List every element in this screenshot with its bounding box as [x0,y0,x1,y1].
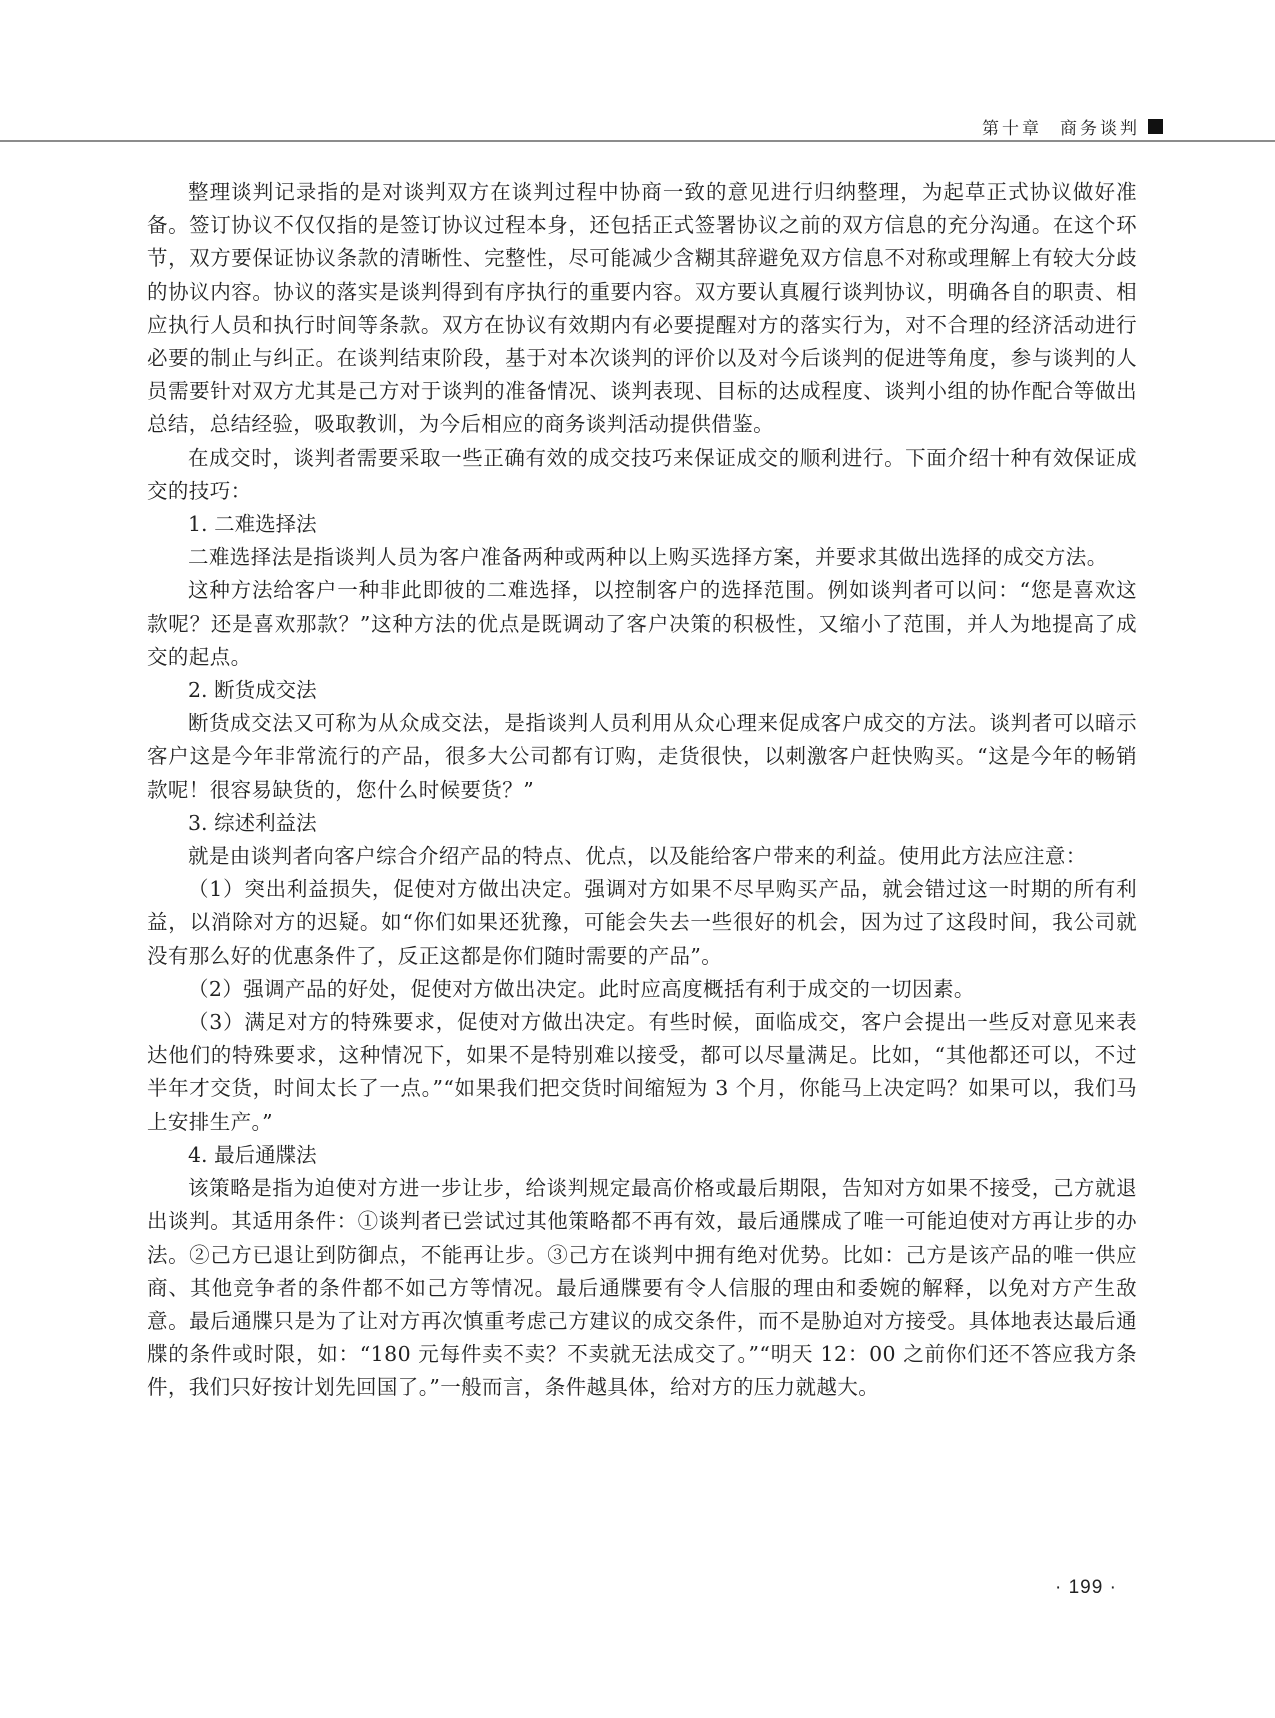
header-title: 第十章 商务谈判 [982,114,1163,139]
paragraph-benefit-point-3: （3）满足对方的特殊要求，促使对方做出决定。有些时候，面临成交，客户会提出一些反… [147,1006,1137,1139]
heading-ultimatum: 4. 最后通牒法 [147,1139,1137,1172]
page-number: · 199 · [1055,1577,1117,1599]
chapter-label: 第十章 [982,114,1042,139]
black-square-icon [1148,119,1163,134]
paragraph-closing-intro: 在成交时，谈判者需要采取一些正确有效的成交技巧来保证成交的顺利进行。下面介绍十种… [147,442,1137,508]
paragraph-negotiation-summary: 整理谈判记录指的是对谈判双方在谈判过程中协商一致的意见进行归纳整理，为起草正式协… [147,176,1137,442]
heading-dilemma-choice: 1. 二难选择法 [147,508,1137,541]
chapter-title: 商务谈判 [1060,114,1140,139]
paragraph-ultimatum: 该策略是指为迫使对方进一步让步，给谈判规定最高价格或最后期限，告知对方如果不接受… [147,1172,1137,1404]
heading-stockout-close: 2. 断货成交法 [147,674,1137,707]
paragraph-benefit-point-1: （1）突出利益损失，促使对方做出决定。强调对方如果不尽早购买产品，就会错过这一时… [147,873,1137,973]
header-divider [0,140,1275,142]
paragraph-dilemma-example: 这种方法给客户一种非此即彼的二难选择，以控制客户的选择范围。例如谈判者可以问：“… [147,574,1137,674]
running-header: 第十章 商务谈判 [0,0,1275,142]
paragraph-benefit-point-2: （2）强调产品的好处，促使对方做出决定。此时应高度概括有利于成交的一切因素。 [147,973,1137,1006]
heading-benefit-summary: 3. 综述利益法 [147,807,1137,840]
page-body: 整理谈判记录指的是对谈判双方在谈判过程中协商一致的意见进行归纳整理，为起草正式协… [147,176,1137,1405]
paragraph-dilemma-definition: 二难选择法是指谈判人员为客户准备两种或两种以上购买选择方案，并要求其做出选择的成… [147,541,1137,574]
paragraph-benefit-summary: 就是由谈判者向客户综合介绍产品的特点、优点，以及能给客户带来的利益。使用此方法应… [147,840,1137,873]
paragraph-stockout-close: 断货成交法又可称为从众成交法，是指谈判人员利用从众心理来促成客户成交的方法。谈判… [147,707,1137,807]
